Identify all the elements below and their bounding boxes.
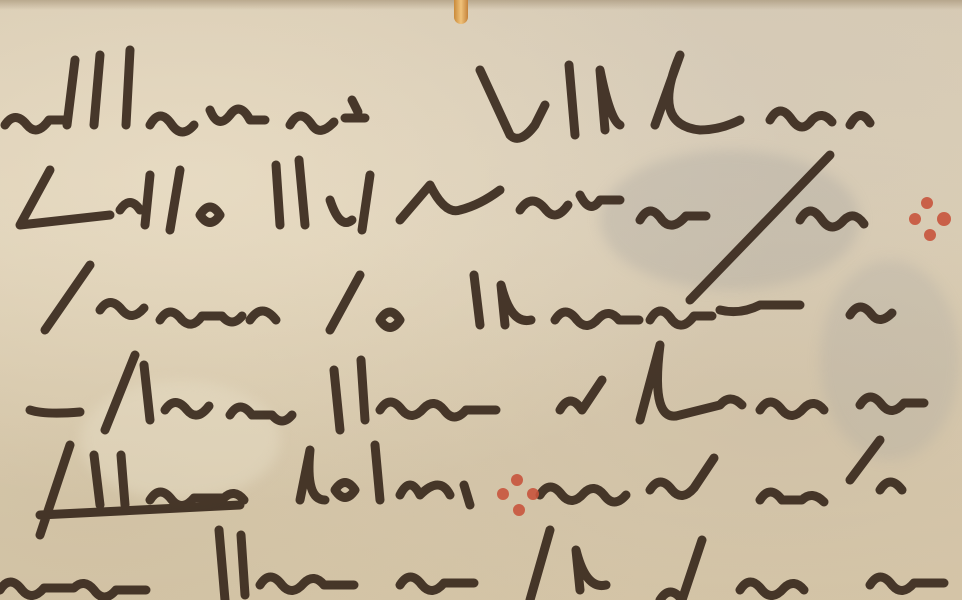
text-line-2 [20,155,864,300]
text-line-6 [0,530,944,600]
rubric-rosette-icon [909,197,951,241]
rubric-rosette-icon [497,474,539,516]
text-line-3 [45,265,892,330]
text-line-4 [30,345,924,430]
syriac-text-lines [0,0,962,600]
text-line-5 [40,440,902,535]
text-line-1 [5,50,870,138]
manuscript-photo: Close-up photograph of a Syriac manuscri… [0,0,962,600]
